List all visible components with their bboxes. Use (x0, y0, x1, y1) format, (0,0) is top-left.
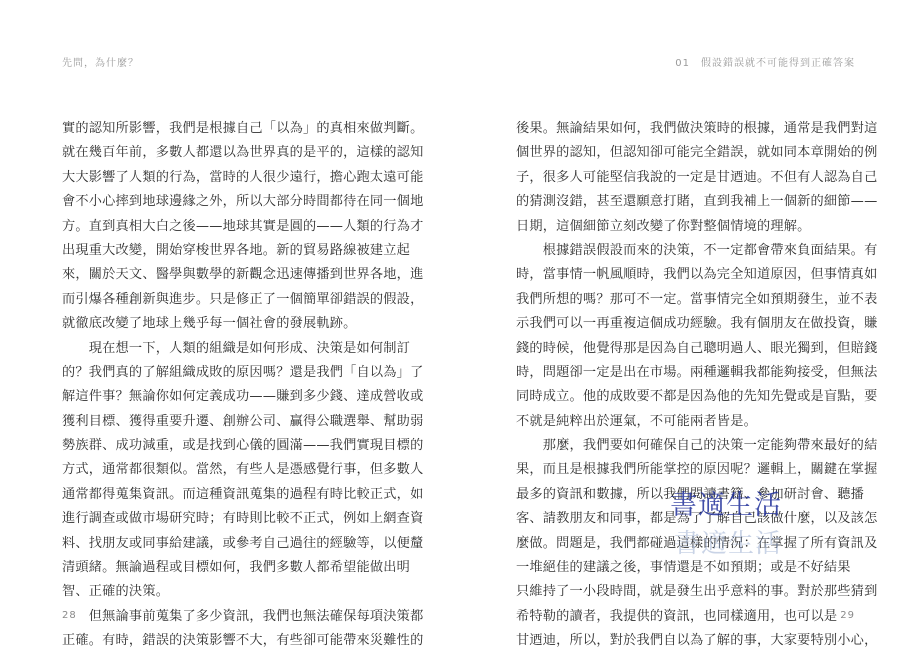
text-line: 甘迺迪，所以，對於我們自以為了解的事，大家要特別小心， (516, 629, 828, 651)
running-head-right: 01 假設錯誤就不可能得到正確答案 (675, 54, 855, 69)
text-line: 就徹底改變了地球上幾乎每一個社會的發展軌跡。 (62, 312, 374, 336)
text-line: 日期，這個細節立刻改變了你對整個情境的理解。 (516, 215, 828, 239)
text-line: 現在想一下，人類的組織是如何形成、決策是如何制訂 (62, 337, 374, 361)
text-line: 客、請教朋友和同事，都是為了了解自己該做什麼，以及該怎 (516, 507, 828, 531)
text-line: 子，很多人可能堅信我說的一定是甘迺迪。不但有人認為自己 (516, 166, 828, 190)
right-page-body: 後果。無論結果如何，我們做決策時的根據，通常是我們對這個世界的認知，但認知卻可能… (516, 117, 828, 651)
running-head-left: 先問，為什麼？ (62, 54, 139, 69)
text-line: 智、正確的決策。 (62, 580, 374, 604)
text-line: 料、找朋友或同事給建議，或參考自己過往的經驗等，以便釐 (62, 532, 374, 556)
text-line: 根據錯誤假設而來的決策，不一定都會帶來負面結果。有 (516, 239, 828, 263)
text-line: 通常都得蒐集資訊。而這種資訊蒐集的過程有時比較正式，如 (62, 483, 374, 507)
text-line: 勢族群、成功減重，或是找到心儀的圓滿——我們實現目標的 (62, 434, 374, 458)
text-line: 不就是純粹出於運氣，不可能兩者皆是。 (516, 410, 828, 434)
text-line: 錢的時候，他覺得那是因為自己聰明過人、眼光獨到，但賠錢 (516, 337, 828, 361)
text-line: 最多的資訊和數據，所以我們閱讀書籍、參加研討會、聽播 (516, 483, 828, 507)
text-line: 會不小心摔到地球邊緣之外，所以大部分時間都待在同一個地 (62, 190, 374, 214)
text-line: 果，而且是根據我們所能掌控的原因呢？邏輯上，關鍵在掌握 (516, 458, 828, 482)
text-line: 就在幾百年前，多數人都還以為世界真的是平的，這樣的認知 (62, 141, 374, 165)
left-page: 先問，為什麼？ 實的認知所影響，我們是根據自己「以為」的真相來做判斷。就在幾百年… (0, 0, 458, 651)
text-line: 時，問題卻一定是出在市場。兩種邏輯我都能夠接受，但無法 (516, 361, 828, 385)
page-number-right: 29 (840, 610, 855, 621)
left-page-body: 實的認知所影響，我們是根據自己「以為」的真相來做判斷。就在幾百年前，多數人都還以… (62, 117, 374, 651)
page-number-left: 28 (62, 610, 77, 621)
text-line: 方。直到真相大白之後——地球其實是圓的——人類的行為才 (62, 215, 374, 239)
text-line: 的？我們真的了解組織成敗的原因嗎？還是我們「自以為」了 (62, 361, 374, 385)
text-line: 一堆絕佳的建議之後，事情還是不如預期；或是不好結果 (516, 556, 828, 580)
text-line: 正確。有時，錯誤的決策影響不大，有些卻可能帶來災難性的 (62, 629, 374, 651)
text-line: 方式，通常都很類似。當然，有些人是憑感覺行事，但多數人 (62, 458, 374, 482)
text-line: 示我們可以一再重複這個成功經驗。我有個朋友在做投資，賺 (516, 312, 828, 336)
text-line: 大大影響了人類的行為，當時的人很少遠行，擔心跑太遠可能 (62, 166, 374, 190)
text-line: 我們所想的嗎？那可不一定。當事情完全如預期發生，並不表 (516, 288, 828, 312)
text-line: 那麼，我們要如何確保自己的決策一定能夠帶來最好的結 (516, 434, 828, 458)
text-line: 麼做。問題是，我們都碰過這樣的情況：在掌握了所有資訊及 (516, 532, 828, 556)
text-line: 的猜測沒錯，甚至還願意打賭，直到我補上一個新的細節—— (516, 190, 828, 214)
right-page: 01 假設錯誤就不可能得到正確答案 後果。無論結果如何，我們做決策時的根據，通常… (458, 0, 917, 651)
text-line: 而引爆各種創新與進步。只是修正了一個簡單卻錯誤的假設， (62, 288, 374, 312)
text-line: 獲利目標、獲得重要升遷、創辦公司、贏得公職選舉、幫助弱 (62, 410, 374, 434)
text-line: 後果。無論結果如何，我們做決策時的根據，通常是我們對這 (516, 117, 828, 141)
text-line: 同時成立。他的成敗要不都是因為他的先知先覺或是盲點，要 (516, 385, 828, 409)
text-line: 解這件事？無論你如何定義成功——賺到多少錢、達成營收或 (62, 385, 374, 409)
text-line: 希特勒的讀者，我提供的資訊，也同樣適用，也可以是 (516, 605, 828, 629)
text-line: 實的認知所影響，我們是根據自己「以為」的真相來做判斷。 (62, 117, 374, 141)
text-line: 個世界的認知，但認知卻可能完全錯誤，就如同本章開始的例 (516, 141, 828, 165)
text-line: 只維持了一小段時間，就是發生出乎意料的事。對於那些猜到 (516, 580, 828, 604)
text-line: 來，關於天文、醫學與數學的新觀念迅速傳播到世界各地，進 (62, 263, 374, 287)
text-line: 清頭緒。無論過程或目標如何，我們多數人都希望能做出明 (62, 556, 374, 580)
text-line: 出現重大改變，開始穿梭世界各地。新的貿易路線被建立起 (62, 239, 374, 263)
text-line: 但無論事前蒐集了多少資訊，我們也無法確保每項決策都 (62, 605, 374, 629)
text-line: 時，當事情一帆風順時，我們以為完全知道原因，但事情真如 (516, 263, 828, 287)
text-line: 進行調查或做市場研究時；有時則比較不正式，例如上網查資 (62, 507, 374, 531)
